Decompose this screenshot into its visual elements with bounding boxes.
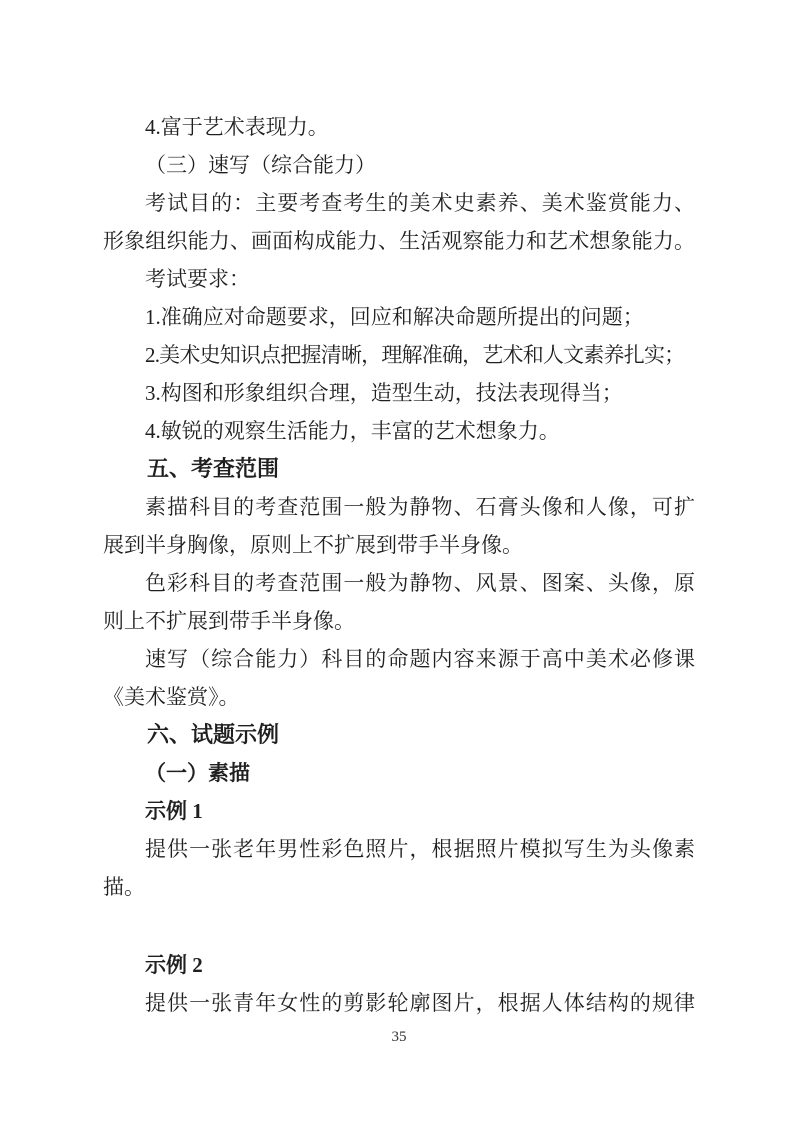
body-line: 展到半身胸像，原则上不扩展到带手半身像。 — [103, 526, 695, 564]
section-heading-6-examples: 六、试题示例 — [103, 716, 695, 754]
body-line: 速写（综合能力）科目的命题内容来源于高中美术必修课 — [103, 640, 695, 678]
body-line-list-item-2: 2.美术史知识点把握清晰，理解准确，艺术和人文素养扎实； — [103, 336, 695, 374]
document-page: 4.富于艺术表现力。 （三）速写（综合能力） 考试目的：主要考查考生的美术史素养… — [0, 0, 794, 1123]
subsection-heading-1-sketch: （一）素描 — [103, 754, 695, 792]
body-line: 提供一张老年男性彩色照片，根据照片模拟写生为头像素 — [103, 830, 695, 868]
body-line: 则上不扩展到带手半身像。 — [103, 602, 695, 640]
example-2-label: 示例 2 — [103, 946, 695, 984]
body-line: 色彩科目的考查范围一般为静物、风景、图案、头像，原 — [103, 564, 695, 602]
body-line: 考试目的：主要考查考生的美术史素养、美术鉴赏能力、 — [103, 184, 695, 222]
body-line: 素描科目的考查范围一般为静物、石膏头像和人像，可扩 — [103, 488, 695, 526]
body-line: 提供一张青年女性的剪影轮廓图片，根据人体结构的规律 — [103, 984, 695, 1022]
body-line: 描。 — [103, 868, 695, 906]
body-line-list-item-3: 3.构图和形象组织合理，造型生动，技法表现得当； — [103, 374, 695, 412]
example-1-label: 示例 1 — [103, 792, 695, 830]
body-line: 考试要求： — [103, 260, 695, 298]
body-line-list-item-1: 1.准确应对命题要求，回应和解决命题所提出的问题； — [103, 298, 695, 336]
page-number: 35 — [103, 1029, 695, 1046]
body-line: 《美术鉴赏》。 — [103, 678, 695, 716]
text-block: 4.富于艺术表现力。 （三）速写（综合能力） 考试目的：主要考查考生的美术史素养… — [103, 108, 695, 1046]
blank-line — [103, 906, 695, 946]
body-line-list-item-4: 4.敏锐的观察生活能力，丰富的艺术想象力。 — [103, 412, 695, 450]
body-line: 形象组织能力、画面构成能力、生活观察能力和艺术想象能力。 — [103, 222, 695, 260]
subsection-heading-3-sketch-speed: （三）速写（综合能力） — [103, 146, 695, 184]
body-line: 4.富于艺术表现力。 — [103, 108, 695, 146]
section-heading-5-scope: 五、考查范围 — [103, 450, 695, 488]
